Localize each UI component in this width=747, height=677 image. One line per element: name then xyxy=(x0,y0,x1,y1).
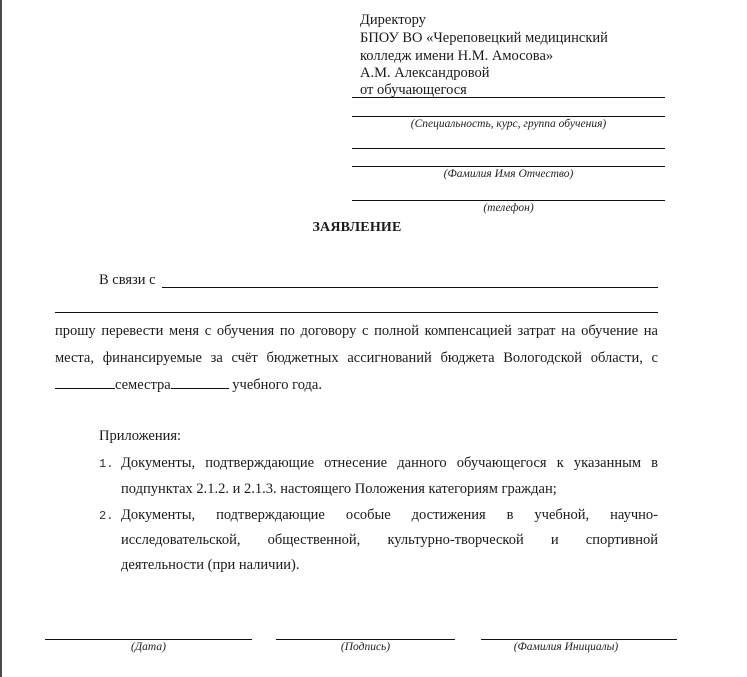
reason-prefix: В связи с xyxy=(99,272,156,289)
specialty-field-line[interactable] xyxy=(352,116,665,117)
attachments-heading: Приложения: xyxy=(99,428,181,445)
list-number: 1. xyxy=(99,457,113,471)
date-caption: (Дата) xyxy=(45,641,252,653)
signature-field-line[interactable] xyxy=(276,639,455,640)
attachment-line: исследовательской, общественной, культур… xyxy=(121,532,658,549)
list-number: 2. xyxy=(99,509,113,523)
full-name-caption: (Фамилия Имя Отчество) xyxy=(352,168,665,180)
addressee-line: Директору xyxy=(360,11,426,29)
signature-caption: (Подпись) xyxy=(276,641,455,653)
semester-word: семестра xyxy=(115,377,171,393)
attachment-line: деятельности (при наличии). xyxy=(121,557,299,574)
request-line-2: места, финансируемые за счёт бюджетных а… xyxy=(55,350,658,367)
phone-field-line[interactable] xyxy=(352,200,665,201)
attachment-line: подпунктах 2.1.2. и 2.1.3. настоящего По… xyxy=(121,481,557,498)
request-line-1: прошу перевести меня с обучения по догов… xyxy=(55,323,658,340)
attachment-line: Документы, подтверждающие отнесение данн… xyxy=(121,455,658,472)
name-initials-field-line[interactable] xyxy=(481,639,677,640)
date-field-line[interactable] xyxy=(45,639,252,640)
reason-field-line[interactable] xyxy=(162,287,658,288)
page-border xyxy=(0,0,2,677)
attachment-line: Документы, подтверждающие особые достиже… xyxy=(121,507,658,524)
document-title: ЗАЯВЛЕНИЕ xyxy=(0,220,714,236)
semester-number-field[interactable] xyxy=(55,376,115,389)
specialty-caption: (Специальность, курс, группа обучения) xyxy=(352,118,665,130)
semester-line: семестра учебного года. xyxy=(55,376,322,394)
reason-continuation-line[interactable] xyxy=(55,312,658,313)
student-line-underline xyxy=(352,97,665,98)
phone-caption: (телефон) xyxy=(352,202,665,214)
extra-field-line[interactable] xyxy=(352,148,665,149)
addressee-line: А.М. Александровой xyxy=(360,64,490,82)
academic-year-field[interactable] xyxy=(171,376,229,389)
addressee-line: БПОУ ВО «Череповецкий медицинский xyxy=(360,29,608,47)
name-initials-caption: (Фамилия Инициалы) xyxy=(481,641,651,653)
addressee-line: колледж имени Н.М. Амосова» xyxy=(360,47,553,65)
full-name-field-line[interactable] xyxy=(352,166,665,167)
year-suffix: учебного года. xyxy=(232,377,322,393)
